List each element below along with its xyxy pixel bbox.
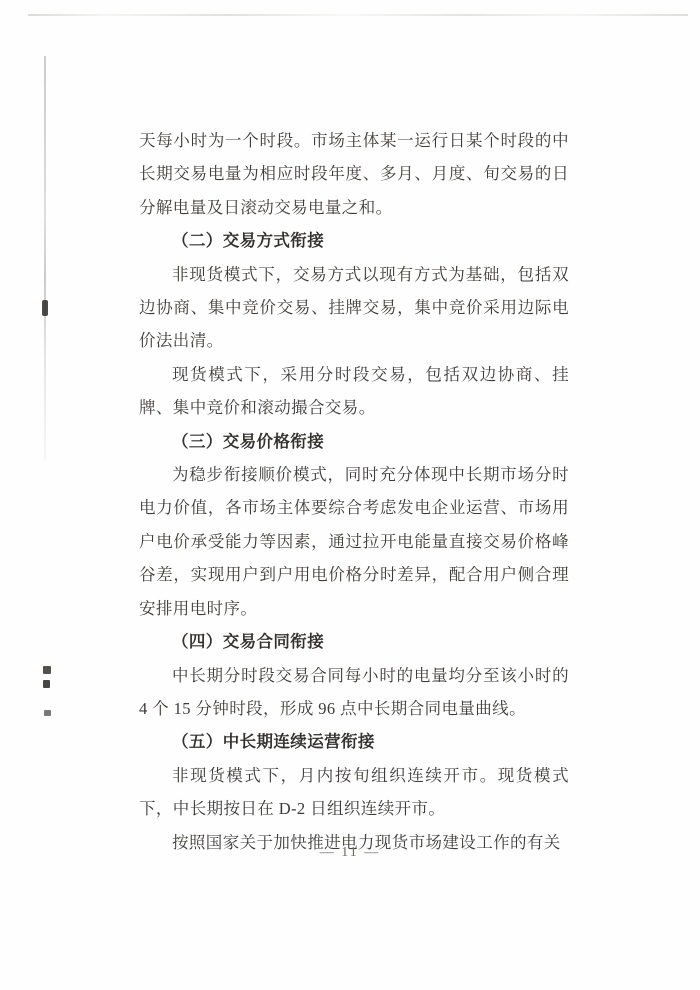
section-heading-5: （五）中长期连续运营衔接 (139, 725, 569, 758)
paragraph: 现货模式下，采用分时段交易，包括双边协商、挂牌、集中竞价和滚动撮合交易。 (139, 358, 569, 425)
scan-artifact-ink-mark (42, 300, 48, 316)
scan-artifact-top-edge-line (28, 14, 688, 16)
paragraph: 非现货模式下，交易方式以现有方式为基础，包括双边协商、集中竞价交易、挂牌交易，集… (139, 258, 569, 358)
paragraph: 中长期分时段交易合同每小时的电量均分至该小时的 4 个 15 分钟时段，形成 9… (139, 659, 569, 726)
paragraph-continued: 天每小时为一个时段。市场主体某一运行日某个时段的中长期交易电量为相应时段年度、多… (139, 124, 569, 224)
scanned-document-page: 天每小时为一个时段。市场主体某一运行日某个时段的中长期交易电量为相应时段年度、多… (0, 0, 700, 990)
section-heading-3: （三）交易价格衔接 (139, 425, 569, 458)
section-heading-2: （二）交易方式衔接 (139, 224, 569, 257)
paragraph: 为稳步衔接顺价模式，同时充分体现中长期市场分时电力价值，各市场主体要综合考虑发电… (139, 458, 569, 625)
section-heading-4: （四）交易合同衔接 (139, 625, 569, 658)
scan-artifact-ink-mark (44, 710, 51, 716)
document-body: 天每小时为一个时段。市场主体某一运行日某个时段的中长期交易电量为相应时段年度、多… (139, 124, 569, 859)
scan-artifact-ink-mark (43, 666, 51, 674)
page-number: — 11 — (0, 845, 700, 861)
scan-artifact-ink-mark (43, 680, 50, 688)
paragraph: 非现货模式下，月内按旬组织连续开市。现货模式下，中长期按日在 D-2 日组织连续… (139, 759, 569, 826)
scan-artifact-left-fold-line (44, 56, 46, 461)
